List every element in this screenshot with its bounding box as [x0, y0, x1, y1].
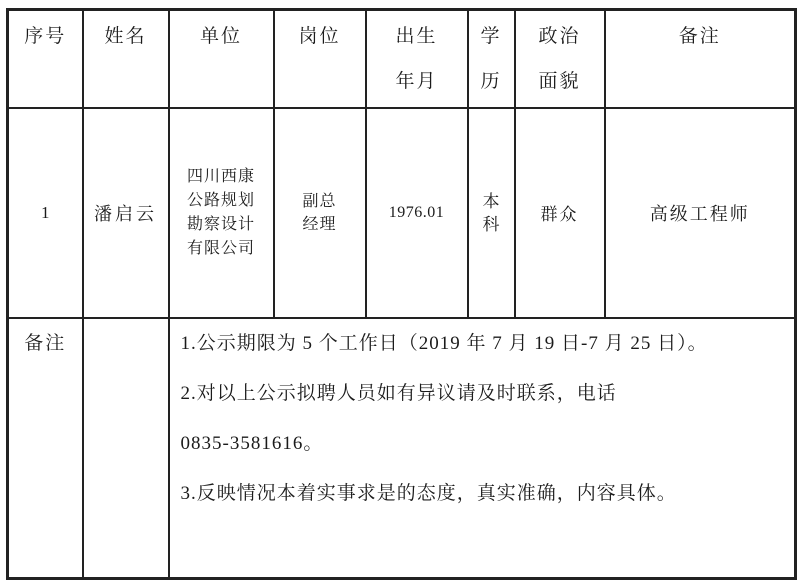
header-seq-label: 序号 — [9, 14, 82, 59]
header-education-label-line2: 历 — [469, 59, 514, 104]
header-name: 姓名 — [83, 10, 169, 108]
personnel-announcement-table: 序号 姓名 单位 岗位 出生 年月 学 历 政治 面貌 — [6, 8, 797, 580]
political-value: 群众 — [516, 200, 604, 225]
name-value: 潘启云 — [84, 200, 168, 226]
table-row: 1 潘启云 四川西康 公路规划 勘察设计 有限公司 副总 经理 1976.01 … — [8, 108, 796, 318]
header-birth-label-line1: 出生 — [367, 14, 467, 59]
header-unit: 单位 — [169, 10, 274, 108]
position-value-line1: 副总 — [275, 190, 365, 213]
footer-row: 备注 1.公示期限为 5 个工作日（2019 年 7 月 19 日-7 月 25… — [8, 318, 796, 579]
document-page: 序号 姓名 单位 岗位 出生 年月 学 历 政治 面貌 — [0, 0, 800, 587]
header-remark: 备注 — [605, 10, 796, 108]
unit-value-line1: 四川西康 — [170, 165, 273, 189]
header-birth: 出生 年月 — [366, 10, 468, 108]
cell-education: 本 科 — [468, 108, 515, 318]
note-line-4: 3.反映情况本着实事求是的态度，真实准确，内容具体。 — [181, 469, 787, 519]
cell-name: 潘启云 — [83, 108, 169, 318]
header-seq: 序号 — [8, 10, 83, 108]
cell-remark: 高级工程师 — [605, 108, 796, 318]
header-education-label-line1: 学 — [469, 14, 514, 59]
note-line-1: 1.公示期限为 5 个工作日（2019 年 7 月 19 日-7 月 25 日）… — [181, 319, 787, 369]
seq-value: 1 — [9, 203, 82, 223]
education-value-line1: 本 — [469, 190, 514, 213]
unit-value-line4: 有限公司 — [170, 237, 273, 261]
header-remark-label: 备注 — [606, 14, 795, 59]
cell-unit: 四川西康 公路规划 勘察设计 有限公司 — [169, 108, 274, 318]
header-birth-label-line2: 年月 — [367, 59, 467, 104]
header-row: 序号 姓名 单位 岗位 出生 年月 学 历 政治 面貌 — [8, 10, 796, 108]
header-political-label-line2: 面貌 — [516, 59, 604, 104]
header-position-label: 岗位 — [275, 14, 365, 59]
cell-seq: 1 — [8, 108, 83, 318]
header-name-label: 姓名 — [84, 14, 168, 59]
birth-value: 1976.01 — [367, 204, 467, 222]
unit-value-line2: 公路规划 — [170, 189, 273, 213]
header-education: 学 历 — [468, 10, 515, 108]
position-value-line2: 经理 — [275, 213, 365, 236]
footer-label-cell: 备注 — [8, 318, 83, 579]
header-political: 政治 面貌 — [515, 10, 605, 108]
footer-label: 备注 — [9, 319, 82, 369]
footer-empty-cell — [83, 318, 169, 579]
note-line-2: 2.对以上公示拟聘人员如有异议请及时联系，电话 — [181, 369, 787, 419]
footer-notes-cell: 1.公示期限为 5 个工作日（2019 年 7 月 19 日-7 月 25 日）… — [169, 318, 796, 579]
header-unit-label: 单位 — [170, 14, 273, 59]
note-line-3: 0835-3581616。 — [181, 419, 787, 469]
cell-position: 副总 经理 — [274, 108, 366, 318]
cell-political: 群众 — [515, 108, 605, 318]
header-position: 岗位 — [274, 10, 366, 108]
unit-value-line3: 勘察设计 — [170, 213, 273, 237]
header-political-label-line1: 政治 — [516, 14, 604, 59]
education-value-line2: 科 — [469, 213, 514, 236]
remark-value: 高级工程师 — [606, 200, 795, 226]
cell-birth: 1976.01 — [366, 108, 468, 318]
